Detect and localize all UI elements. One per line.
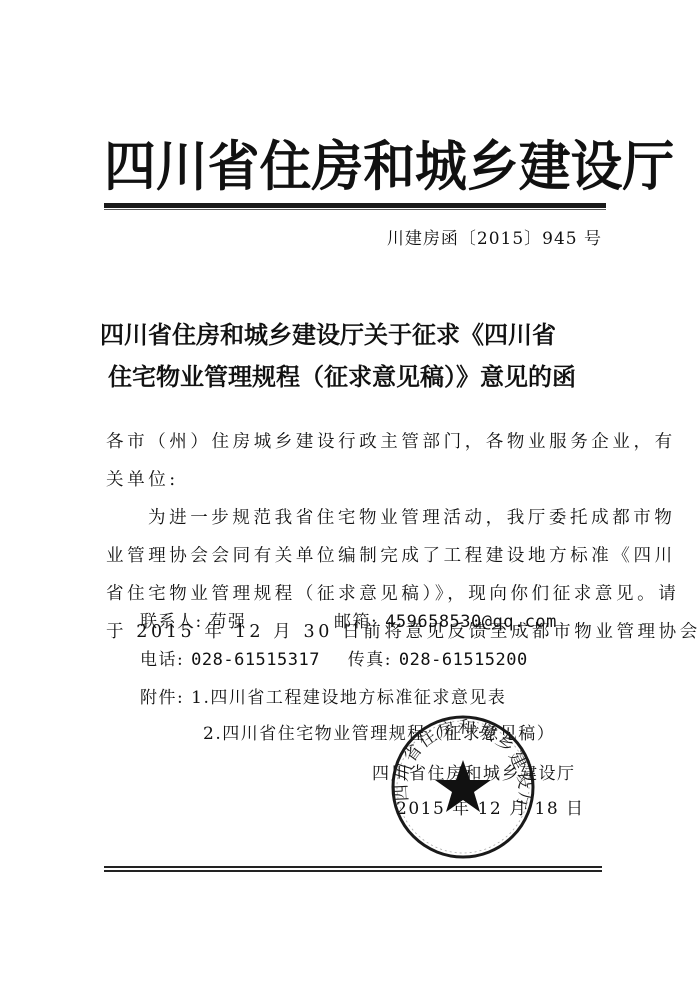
salutation-line-1: 各市（州）住房城乡建设行政主管部门，各物业服务企业，有 — [106, 423, 600, 461]
contact-person: 苟强 — [210, 612, 247, 632]
issuer-name: 四川省住房和城乡建设厅 — [372, 761, 576, 787]
footer-divider-top — [104, 866, 602, 868]
email-value: 459658530@qq.com — [385, 612, 557, 632]
contact-email-row: 邮箱: 459658530@qq.com — [334, 609, 557, 635]
attachments-label: 附件: — [140, 688, 184, 708]
footer-divider-bottom — [104, 870, 602, 872]
fax-label: 传真: — [348, 650, 392, 670]
salutation-line-2: 关单位: — [106, 461, 600, 499]
paragraph-line-2: 业管理协会会同有关单位编制完成了工程建设地方标准《四川 — [106, 537, 600, 575]
attachments-row-1: 附件: 1.四川省工程建设地方标准征求意见表 — [140, 685, 506, 711]
email-label: 邮箱: — [334, 612, 378, 632]
contact-person-row: 联系人: 苟强 — [140, 609, 247, 635]
headline-line-1: 四川省住房和城乡建设厅关于征求《四川省 — [100, 314, 600, 356]
phone-label: 电话: — [140, 650, 184, 670]
contact-person-label: 联系人: — [140, 612, 203, 632]
header-divider-thin — [104, 209, 606, 210]
issue-date: 2015 年 12 月 18 日 — [396, 796, 585, 822]
header-divider — [104, 203, 606, 208]
organization-title: 四川省住房和城乡建设厅 — [104, 128, 584, 204]
fax-value: 028-61515200 — [399, 650, 528, 670]
attachment-item: 1.四川省工程建设地方标准征求意见表 — [191, 688, 506, 708]
contact-phone-row: 电话: 028-61515317 传真: 028-61515200 — [140, 647, 528, 673]
phone-value: 028-61515317 — [191, 650, 320, 670]
official-seal-icon: 四川省住房和城乡建设厅 — [388, 712, 538, 862]
headline-line-2: 住宅物业管理规程（征求意见稿）》意见的函 — [100, 356, 600, 398]
document-number: 川建房函〔2015〕945 号 — [387, 226, 602, 252]
paragraph-line-1: 为进一步规范我省住宅物业管理活动，我厅委托成都市物 — [106, 499, 600, 537]
document-headline: 四川省住房和城乡建设厅关于征求《四川省 住宅物业管理规程（征求意见稿）》意见的函 — [100, 314, 600, 398]
paragraph-line-3: 省住宅物业管理规程（征求意见稿）》，现向你们征求意见。请 — [106, 575, 600, 613]
